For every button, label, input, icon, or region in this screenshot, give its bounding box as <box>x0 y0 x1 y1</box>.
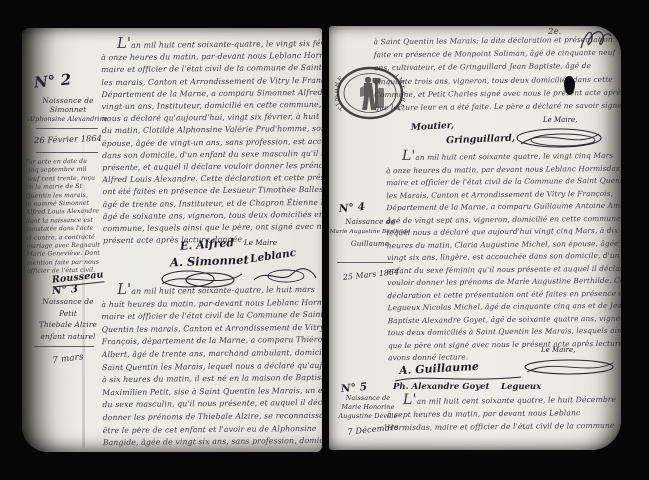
handwritten-line: L'an mil huit cent soixante quatre, le h… <box>387 391 621 408</box>
act3-continuation-text: à Saint Quentin les Marais; la dite décl… <box>374 33 621 115</box>
handwritten-line: Hormisdas, maire et officier de l'état c… <box>387 419 621 434</box>
margin-rule <box>36 152 98 153</box>
signature-gringuillard: Gringuillard, <box>446 133 515 146</box>
handwritten-line: Bangide, âgée de vingt six ans, sans pro… <box>103 435 322 450</box>
signature-goyet: Ph. Alexandre Goyet <box>393 382 489 392</box>
signature-flourish-icon <box>523 356 615 378</box>
act2-text: L'an mil huit cent soixante-quatre, le v… <box>101 35 322 248</box>
handwritten-line: Petit <box>22 308 114 320</box>
handwritten-line: enfant naturel <box>22 331 114 343</box>
mayor-role-label: Le Maire, <box>541 346 575 354</box>
act2-margin-date: 26 Février 1864 <box>22 132 114 145</box>
handwritten-line: Alphonsine Alexandrine <box>22 115 114 124</box>
right-page: 2e. TIMBRE IMPÉRIAL <box>329 26 621 450</box>
left-page: N° 2 Naissance deSimonnetAlphonsine Alex… <box>22 28 322 452</box>
mayor-role-label: Le Maire <box>244 238 277 247</box>
act3-number: N° 3 <box>52 283 79 297</box>
act3-margin-title: Naissance dePetitThiebale Alzireenfant n… <box>22 296 114 342</box>
act3-text: L'an mil huit cent soixante-quatre, le h… <box>101 281 322 450</box>
act5-text: L'an mil huit cent soixante quatre, le h… <box>387 391 621 434</box>
handwritten-line: que le père ont signé avec nous le prése… <box>388 337 620 352</box>
handwritten-line: L'an mil huit cent soixante quatre, le v… <box>386 147 618 165</box>
register-scan: N° 2 Naissance deSimonnetAlphonsine Alex… <box>0 0 649 480</box>
margin-rule <box>34 346 94 347</box>
signature-legueux: Legueux <box>501 382 541 392</box>
signature-moutier: Moutier, <box>411 121 454 133</box>
signature-declarant: E. Alfred <box>180 236 235 253</box>
handwritten-line: L'an mil huit cent soixante-quatre, le h… <box>101 281 322 299</box>
act4-number: N° 4 <box>339 201 366 215</box>
act2-number: N° 2 <box>33 70 72 91</box>
handwritten-line: Thiebale Alzire <box>22 319 114 331</box>
act5-number: N° 5 <box>341 381 368 395</box>
margin-rule <box>337 262 393 263</box>
act3-margin-date: 7 mars <box>28 349 109 369</box>
act2-margin-title: Naissance deSimonnetAlphonsine Alexandri… <box>22 96 114 124</box>
handwritten-line: Naissance de <box>22 96 114 105</box>
handwritten-line: Naissance de <box>22 296 114 308</box>
margin-rule <box>36 128 98 129</box>
signature-mayor: Leblanc <box>249 247 296 265</box>
handwritten-line: Simonnet <box>22 105 114 114</box>
handwritten-line: que lecture leur en a été faite. Le père… <box>374 99 620 115</box>
handwritten-line: commune, lesquels ainsi que le père, ont… <box>103 221 322 236</box>
act4-text: L'an mil huit cent soixante quatre, le v… <box>386 147 620 365</box>
mayor-role-label: Le Maire, <box>543 116 577 124</box>
